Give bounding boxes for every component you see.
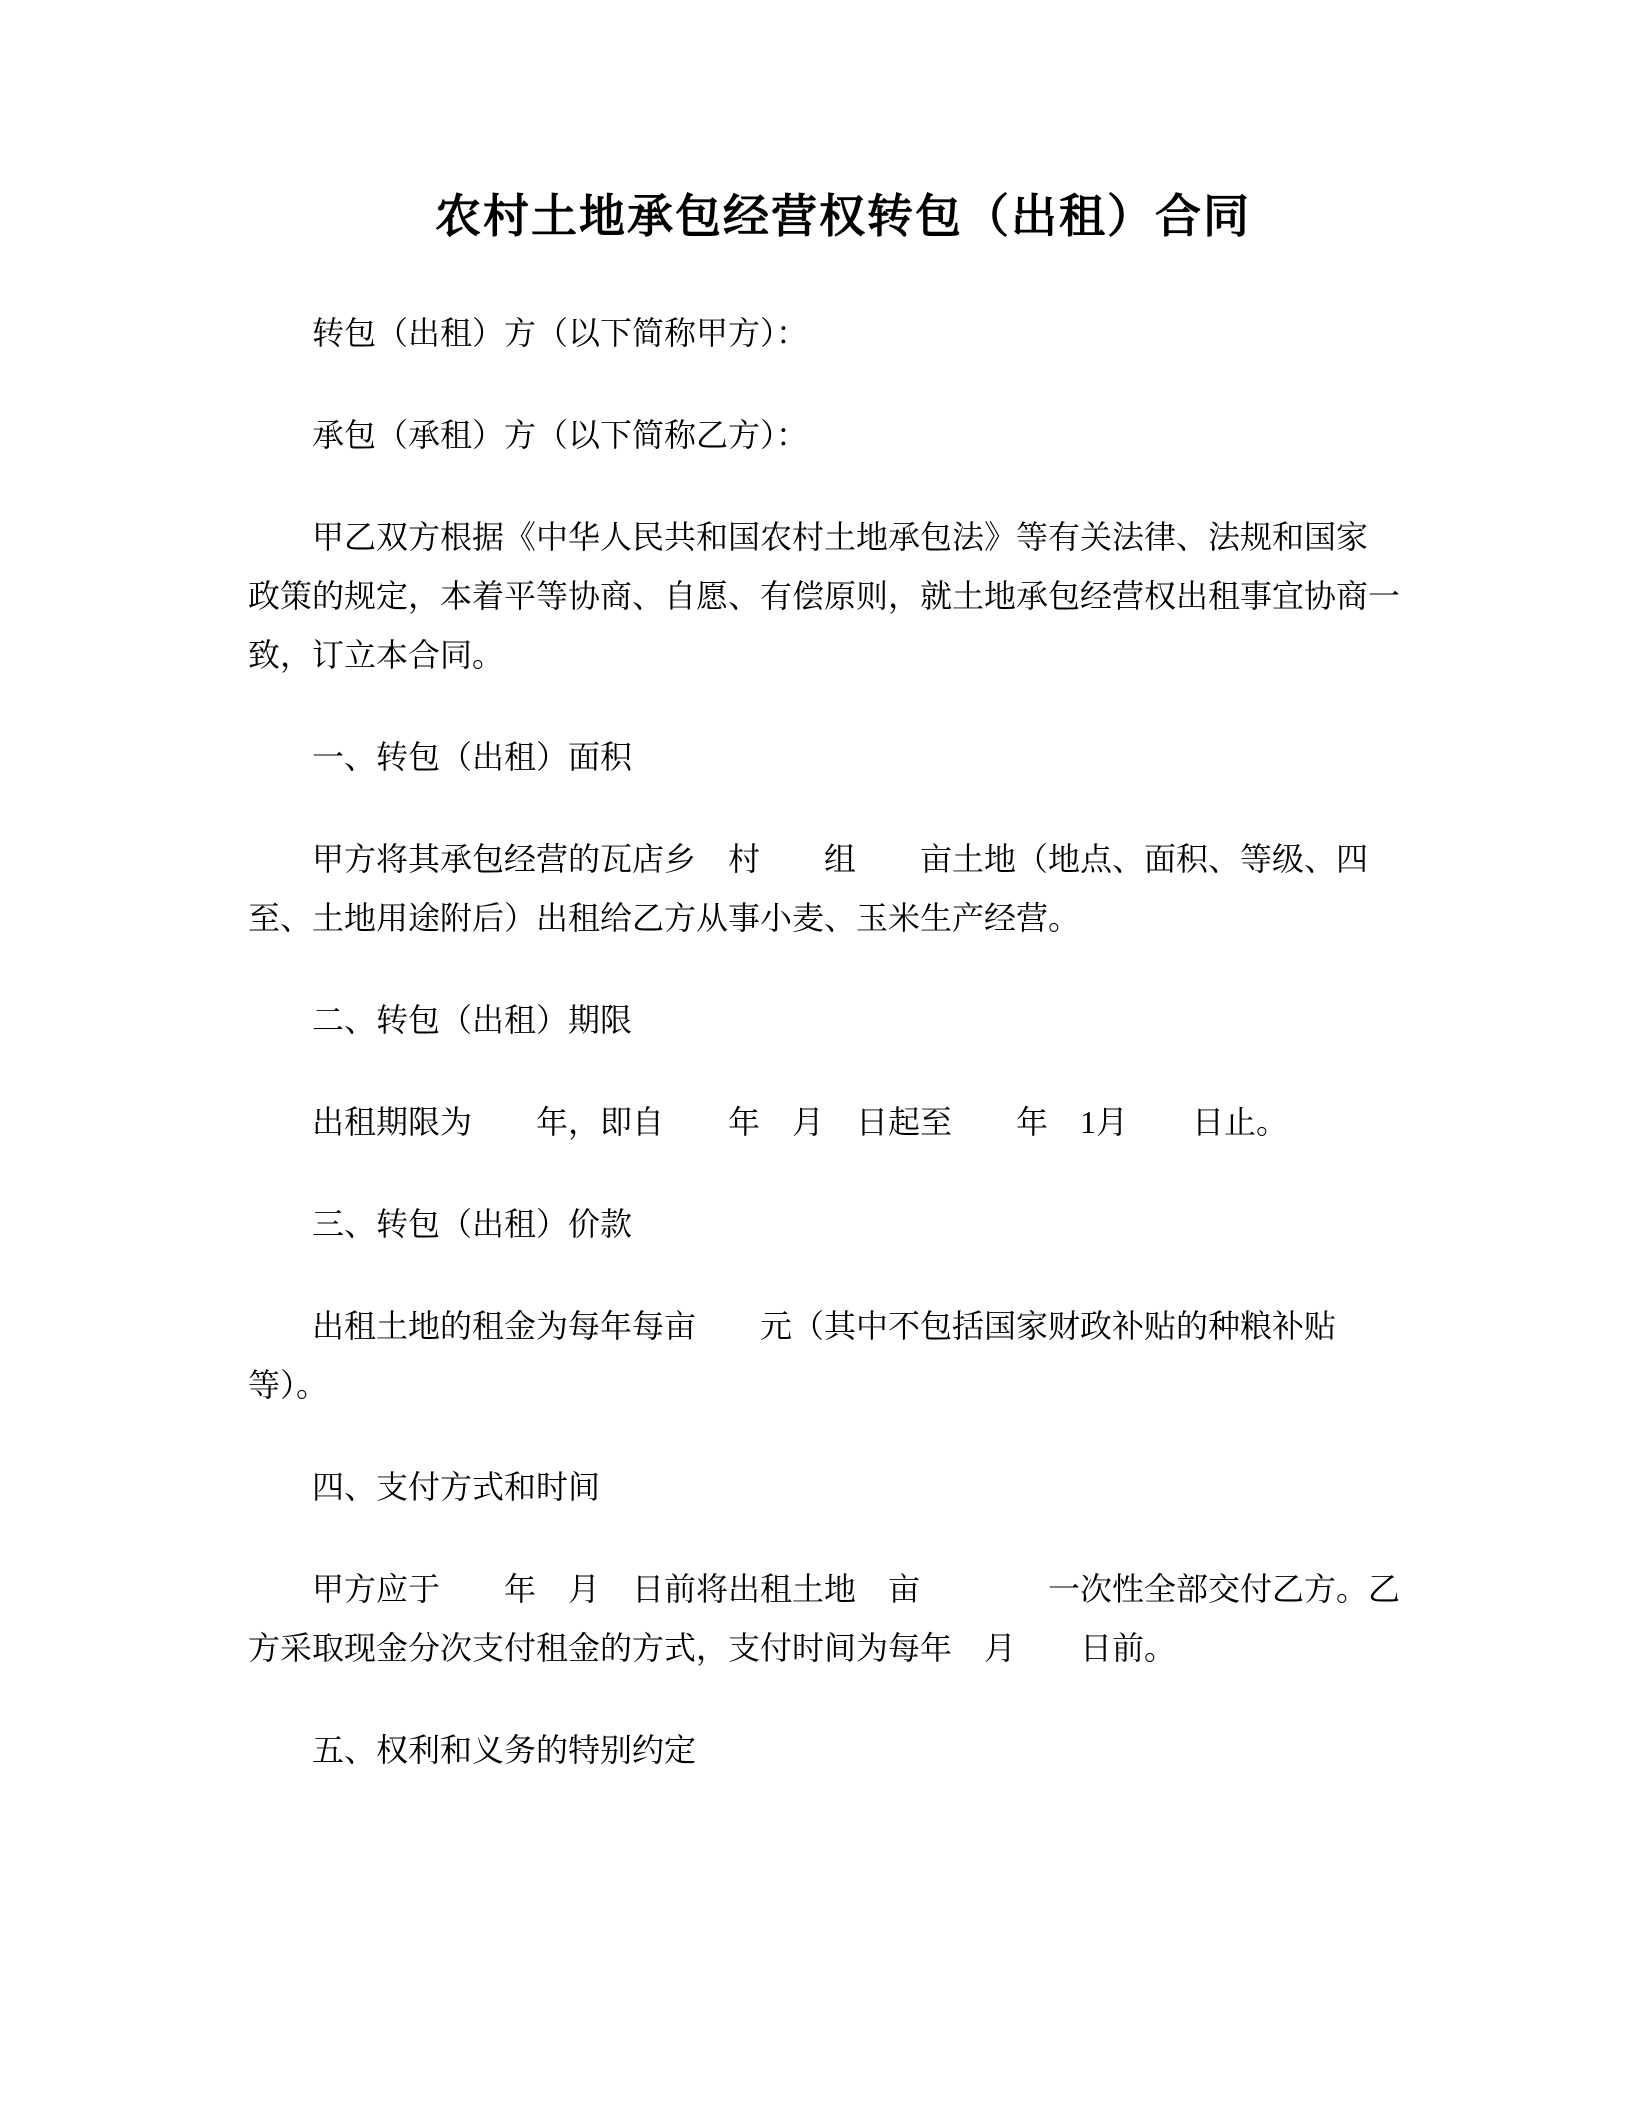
section-3-heading: 三、转包（出租）价款 — [248, 1195, 1438, 1254]
section-4-heading: 四、支付方式和时间 — [248, 1458, 1438, 1517]
section-1-body: 甲方将其承包经营的瓦店乡 村 组 亩土地（地点、面积、等级、四 至、土地用途附后… — [248, 830, 1438, 948]
section-4-body: 甲方应于 年 月 日前将出租土地 亩 一次性全部交付乙方。乙 方采取现金分次支付… — [248, 1560, 1438, 1678]
section-5-heading: 五、权利和义务的特别约定 — [248, 1721, 1438, 1780]
section-3-body: 出租土地的租金为每年每亩 元（其中不包括国家财政补贴的种粮补贴 等）。 — [248, 1297, 1438, 1415]
preamble-paragraph: 甲乙双方根据《中华人民共和国农村土地承包法》等有关法律、法规和国家 政策的规定，… — [248, 508, 1438, 685]
section-2-heading: 二、转包（出租）期限 — [248, 991, 1438, 1050]
contract-document-page: 农村土地承包经营权转包（出租）合同 转包（出租）方（以下简称甲方）： 承包（承租… — [0, 0, 1632, 2112]
document-body: 农村土地承包经营权转包（出租）合同 转包（出租）方（以下简称甲方）： 承包（承租… — [248, 186, 1438, 1823]
section-2-body: 出租期限为 年，即自 年 月 日起至 年 1月 日止。 — [248, 1093, 1438, 1152]
document-title: 农村土地承包经营权转包（出租）合同 — [248, 186, 1438, 248]
section-1-heading: 一、转包（出租）面积 — [248, 728, 1438, 787]
party-a-line: 转包（出租）方（以下简称甲方）： — [248, 304, 1438, 363]
party-b-line: 承包（承租）方（以下简称乙方）： — [248, 406, 1438, 465]
